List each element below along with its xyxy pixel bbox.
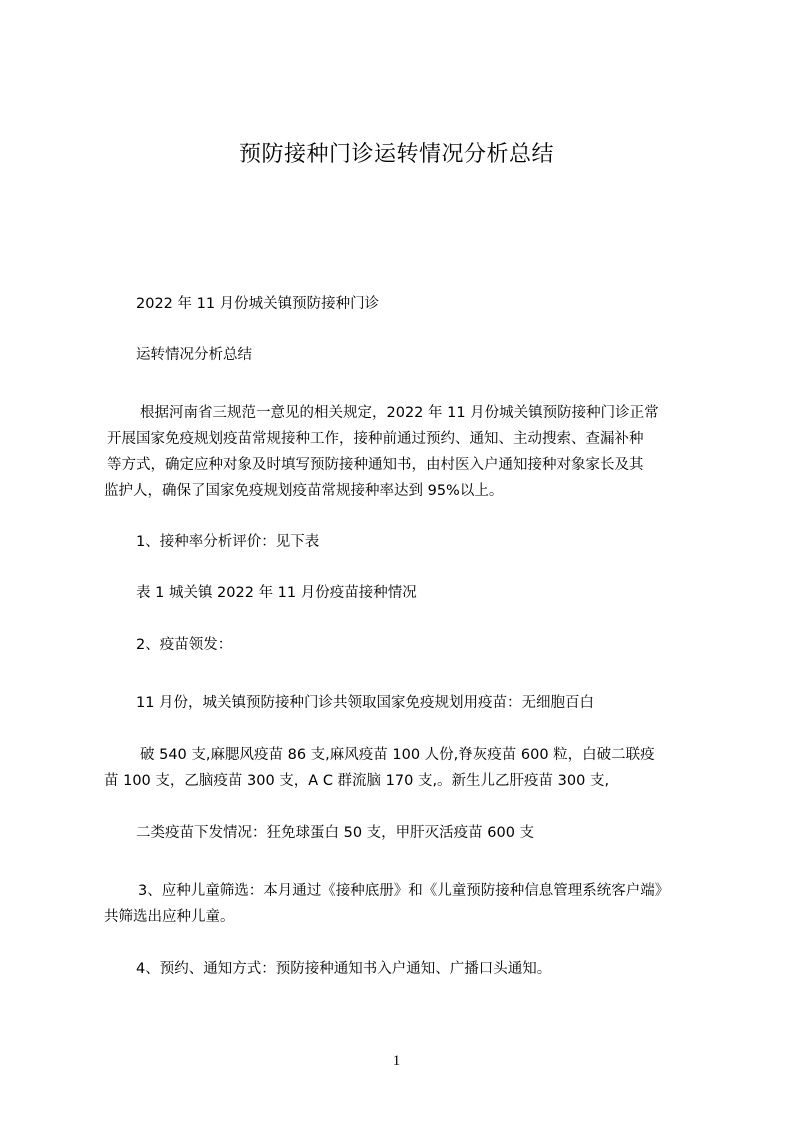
section-3-line-2: 共筛选出应种儿童。 <box>104 902 235 932</box>
class-two-vaccine-line: 二类疫苗下发情况：狂免球蛋白 50 支，甲肝灭活疫苗 600 支 <box>136 818 534 848</box>
section-2-heading: 2、疫苗领发： <box>136 630 232 660</box>
document-page: 预防接种门诊运转情况分析总结 2022 年 11 月份城关镇预防接种门诊 运转情… <box>0 0 793 1122</box>
section-1-heading: 1、接种率分析评价：见下表 <box>136 527 319 557</box>
document-title: 预防接种门诊运转情况分析总结 <box>0 140 793 170</box>
intro-paragraph-line-4: 监护人，确保了国家免疫规划疫苗常规接种率达到 95%以上。 <box>104 476 503 506</box>
vaccine-supply-line-3: 苗 100 支，乙脑疫苗 300 支，A C 群流脑 170 支,。新生儿乙肝疫… <box>104 766 609 796</box>
subtitle-line-1: 2022 年 11 月份城关镇预防接种门诊 <box>136 289 379 319</box>
subtitle-line-2: 运转情况分析总结 <box>136 340 252 370</box>
vaccine-supply-line-1: 11 月份，城关镇预防接种门诊共领取国家免疫规划用疫苗：无细胞百白 <box>136 688 594 718</box>
table-caption: 表 1 城关镇 2022 年 11 月份疫苗接种情况 <box>136 578 417 608</box>
section-4-line: 4、预约、通知方式：预防接种通知书入户通知、广播口头通知。 <box>136 954 551 984</box>
page-number: 1 <box>0 1053 793 1070</box>
